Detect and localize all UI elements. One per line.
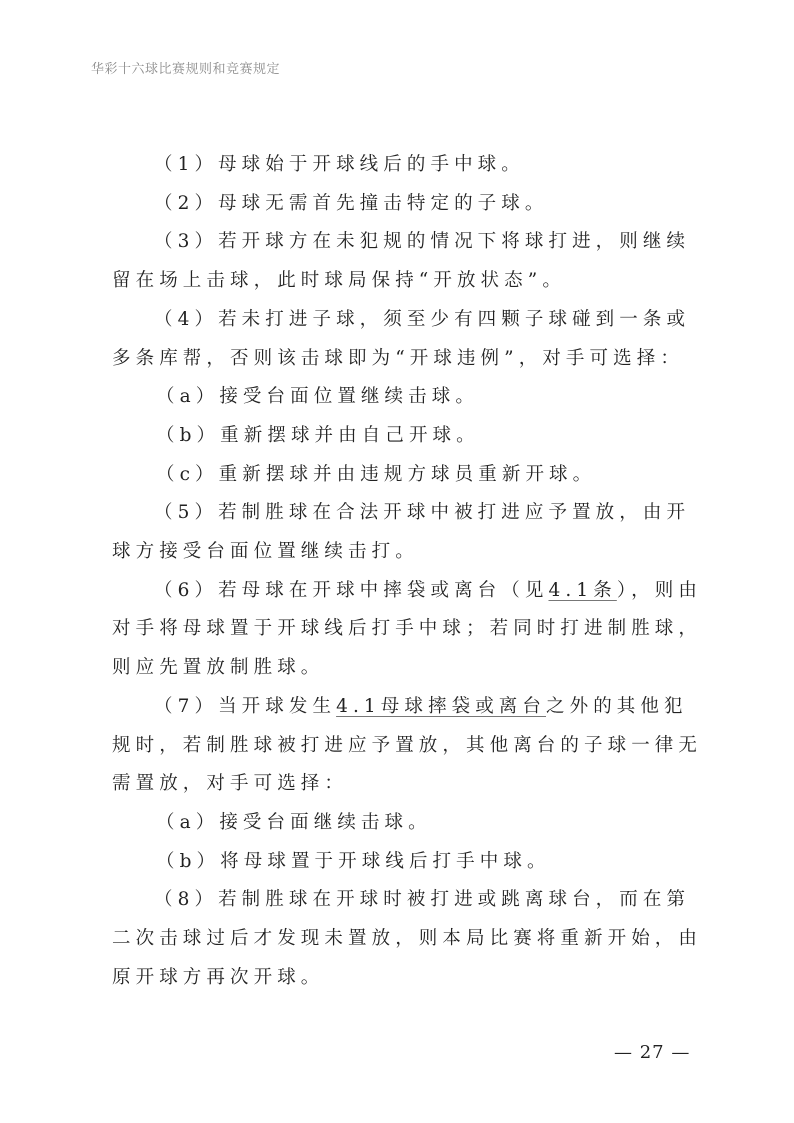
rule-8: （8）若制胜球在开球时被打进或跳离球台，而在第二次击球过后才发现未置放，则本局比… [112, 881, 702, 997]
rule-7: （7）当开球发生4.1母球摔袋或离台之外的其他犯规时，若制胜球被打进应予置放，其… [112, 688, 702, 804]
rule-7-option-a: （a）接受台面继续击球。 [112, 804, 702, 843]
rule-6: （6）若母球在开球中摔袋或离台（见4.1条），则由对手将母球置于开球线后打手中球… [112, 572, 702, 688]
rule-4-option-b: （b）重新摆球并由自己开球。 [112, 417, 702, 456]
document-body: （1）母球始于开球线后的手中球。 （2）母球无需首先撞击特定的子球。 （3）若开… [112, 146, 702, 997]
rule-3: （3）若开球方在未犯规的情况下将球打进，则继续留在场上击球，此时球局保持“开放状… [112, 223, 702, 300]
rule-6-text-pre: （6）若母球在开球中摔袋或离台（见 [154, 580, 548, 601]
rule-7-text-pre: （7）当开球发生 [154, 696, 336, 717]
section-4-1-cue-ball-link[interactable]: 4.1母球摔袋或离台 [336, 696, 546, 717]
rule-4-option-a: （a）接受台面位置继续击球。 [112, 378, 702, 417]
page-number: — 27 — [614, 1042, 690, 1063]
rule-4-option-c: （c）重新摆球并由违规方球员重新开球。 [112, 456, 702, 495]
rule-2: （2）母球无需首先撞击特定的子球。 [112, 185, 702, 224]
running-header: 华彩十六球比赛规则和竞赛规定 [91, 58, 280, 77]
section-4-1-link[interactable]: 4.1条 [548, 580, 616, 601]
rule-1: （1）母球始于开球线后的手中球。 [112, 146, 702, 185]
rule-4: （4）若未打进子球，须至少有四颗子球碰到一条或多条库帮，否则该击球即为“开球违例… [112, 301, 702, 378]
rule-5: （5）若制胜球在合法开球中被打进应予置放，由开球方接受台面位置继续击打。 [112, 494, 702, 571]
rule-7-option-b: （b）将母球置于开球线后打手中球。 [112, 843, 702, 882]
